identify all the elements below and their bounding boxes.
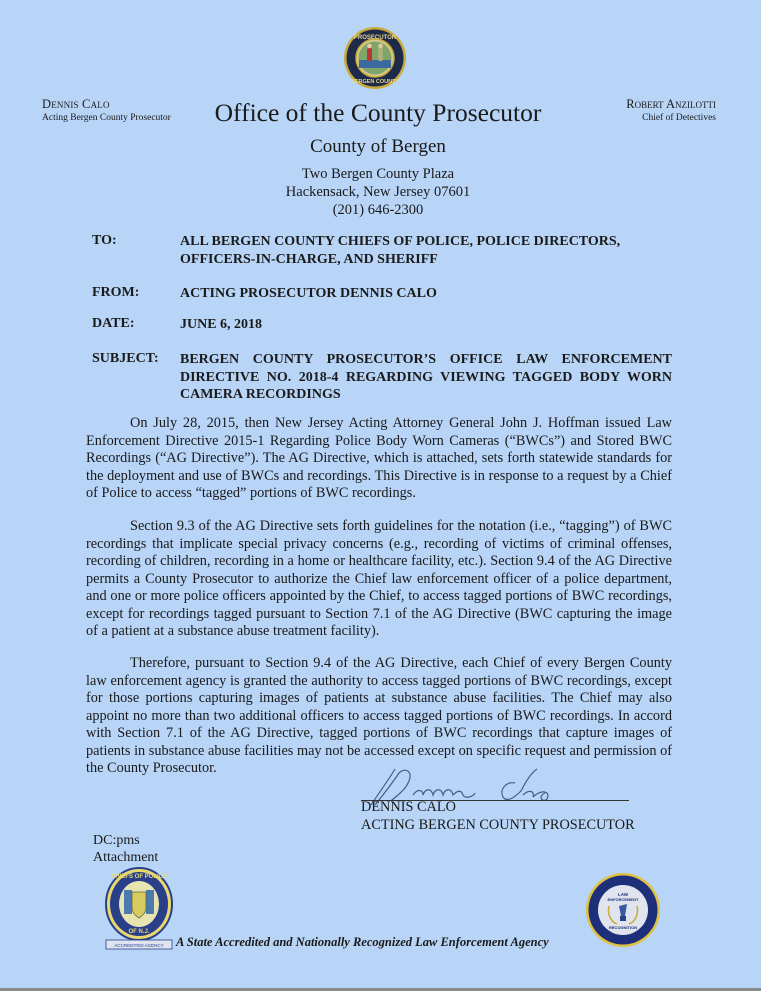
chiefs-of-police-association-nj-logo-icon: CHIEFS OF POLICE OF N.J. ACCREDITED AGEN… (100, 866, 178, 952)
prosecutor-seal-icon: PROSECUTOR BERGEN COUNTY (343, 26, 407, 90)
subject-label: SUBJECT: (92, 351, 159, 367)
svg-text:CHIEFS OF POLICE: CHIEFS OF POLICE (111, 874, 167, 880)
to-label: TO: (92, 233, 117, 249)
date-value: JUNE 6, 2018 (180, 316, 672, 334)
phone-number: (201) 646-2300 (0, 202, 756, 219)
from-value: ACTING PROSECUTOR DENNIS CALO (180, 285, 672, 303)
calea-recognition-seal-icon: LAW ENFORCEMENT RECOGNITION (585, 872, 661, 948)
office-title: Office of the County Prosecutor (0, 98, 756, 128)
subject-value: BERGEN COUNTY PROSECUTOR’S OFFICE LAW EN… (180, 351, 672, 404)
svg-text:PROSECUTOR: PROSECUTOR (354, 35, 397, 41)
body-paragraph-2: Section 9.3 of the AG Directive sets for… (86, 518, 672, 641)
svg-text:ENFORCEMENT: ENFORCEMENT (608, 897, 639, 902)
body-paragraph-1: On July 28, 2015, then New Jersey Acting… (86, 415, 672, 503)
body-paragraph-3: Therefore, pursuant to Section 9.4 of th… (86, 655, 672, 778)
from-label: FROM: (92, 285, 139, 301)
svg-text:OF N.J.: OF N.J. (128, 929, 149, 935)
address-line-1: Two Bergen County Plaza (0, 166, 756, 183)
address-line-2: Hackensack, New Jersey 07601 (0, 184, 756, 201)
to-value: ALL BERGEN COUNTY CHIEFS OF POLICE, POLI… (180, 233, 672, 268)
signatory-title: ACTING BERGEN COUNTY PROSECUTOR (361, 817, 635, 834)
date-label: DATE: (92, 316, 135, 332)
svg-text:BERGEN COUNTY: BERGEN COUNTY (351, 79, 400, 85)
attachment-note: Attachment (93, 850, 158, 866)
footer-tagline: A State Accredited and Nationally Recogn… (176, 935, 549, 950)
svg-text:RECOGNITION: RECOGNITION (609, 925, 637, 930)
signatory-name: DENNIS CALO (361, 799, 456, 816)
svg-text:ACCREDITED AGENCY: ACCREDITED AGENCY (114, 943, 163, 948)
county-name: County of Bergen (0, 136, 756, 158)
typist-initials: DC:pms (93, 833, 140, 849)
